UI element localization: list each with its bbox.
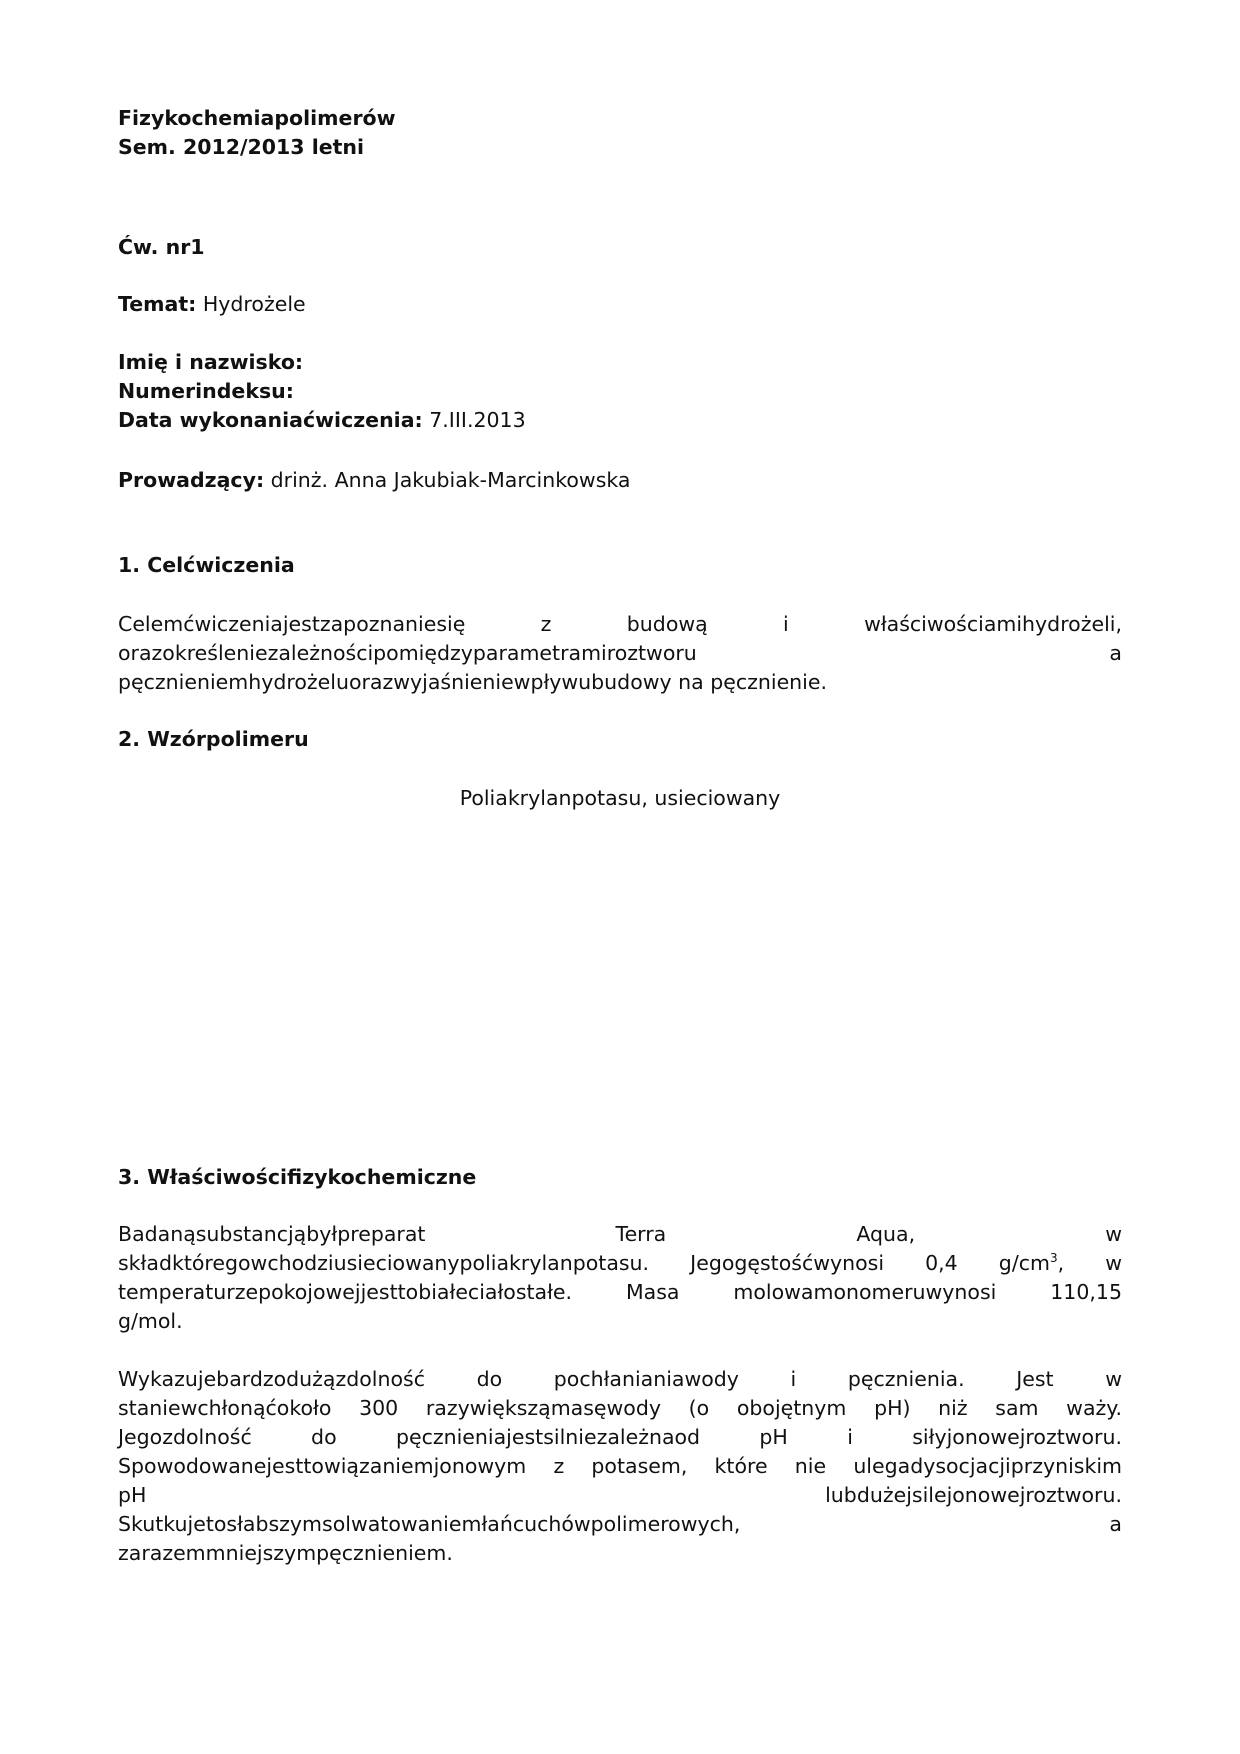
section2-heading: 2. Wzórpolimeru [118, 725, 1122, 754]
topic-value: Hydrożele [196, 292, 305, 316]
paragraph-line: pęcznieniemhydrożeluorazwyjaśnieniewpływ… [118, 668, 1122, 697]
header-block: Fizykochemiapolimerów Sem. 2012/2013 let… [118, 104, 1122, 162]
paragraph-line: Wykazujebardzodużązdolność do pochłanian… [118, 1365, 1122, 1394]
topic-label: Temat: [118, 292, 196, 316]
paragraph-line: Jegozdolność do pęcznieniajestsilniezale… [118, 1423, 1122, 1452]
topic-line: Temat: Hydrożele [118, 290, 1122, 319]
paragraph-line: zarazemmniejszympęcznieniem. [118, 1539, 1122, 1568]
section3-paragraph2: Wykazujebardzodużązdolność do pochłanian… [118, 1365, 1122, 1568]
exercise-number: Ćw. nr1 [118, 233, 1122, 262]
course-title: Fizykochemiapolimerów [118, 104, 1122, 133]
polymer-caption: Poliakrylanpotasu, usieciowany [118, 784, 1122, 813]
semester: Sem. 2012/2013 letni [118, 133, 1122, 162]
section3-paragraph1: Badanąsubstancjąbyłpreparat Terra Aqua, … [118, 1220, 1122, 1336]
paragraph-line: pH lubdużejsilejonowejroztworu. [118, 1481, 1122, 1510]
instructor-line: Prowadzący: drinż. Anna Jakubiak-Marcink… [118, 466, 1122, 495]
exercise-number-text: Ćw. nr1 [118, 233, 1122, 262]
section2-heading-text: 2. Wzórpolimeru [118, 725, 1122, 754]
student-info: Imię i nazwisko: Numerindeksu: Data wyko… [118, 348, 1122, 435]
paragraph-line: Skutkujetosłabszymsolwatowaniemłańcuchów… [118, 1510, 1122, 1539]
superscript: 3 [1050, 1251, 1058, 1265]
paragraph-line: składktóregowchodziusieciowanypoliakryla… [118, 1249, 1122, 1278]
document-page: Fizykochemiapolimerów Sem. 2012/2013 let… [0, 0, 1240, 1754]
paragraph-line: staniewchłonąćokoło 300 razywiększąmasęw… [118, 1394, 1122, 1423]
paragraph-line: orazokreśleniezależnościpomiędzyparametr… [118, 639, 1122, 668]
date-value: 7.III.2013 [423, 408, 526, 432]
index-label: Numerindeksu: [118, 377, 1122, 406]
section3-heading: 3. Właściwościfizykochemiczne [118, 1163, 1122, 1192]
section1-paragraph: Celemćwiczeniajestzapoznaniesię z budową… [118, 610, 1122, 697]
paragraph-line: Celemćwiczeniajestzapoznaniesię z budową… [118, 610, 1122, 639]
section3-heading-text: 3. Właściwościfizykochemiczne [118, 1163, 1122, 1192]
paragraph-line: temperaturzepokojowejjesttobiałeciałosta… [118, 1278, 1122, 1307]
instructor-value: drinż. Anna Jakubiak-Marcinkowska [264, 468, 630, 492]
section1-heading: 1. Celćwiczenia [118, 551, 1122, 580]
paragraph-line: Badanąsubstancjąbyłpreparat Terra Aqua, … [118, 1220, 1122, 1249]
date-label: Data wykonaniaćwiczenia: [118, 408, 423, 432]
name-label: Imię i nazwisko: [118, 348, 1122, 377]
instructor-label: Prowadzący: [118, 468, 264, 492]
density-text: składktóregowchodziusieciowanypoliakryla… [118, 1251, 1050, 1275]
paragraph-line: g/mol. [118, 1307, 1122, 1336]
paragraph-line: Spowodowanejesttowiązaniemjonowym z pota… [118, 1452, 1122, 1481]
section1-heading-text: 1. Celćwiczenia [118, 551, 1122, 580]
density-tail: , w [1058, 1251, 1122, 1275]
polymer-caption-text: Poliakrylanpotasu, usieciowany [118, 784, 1122, 813]
